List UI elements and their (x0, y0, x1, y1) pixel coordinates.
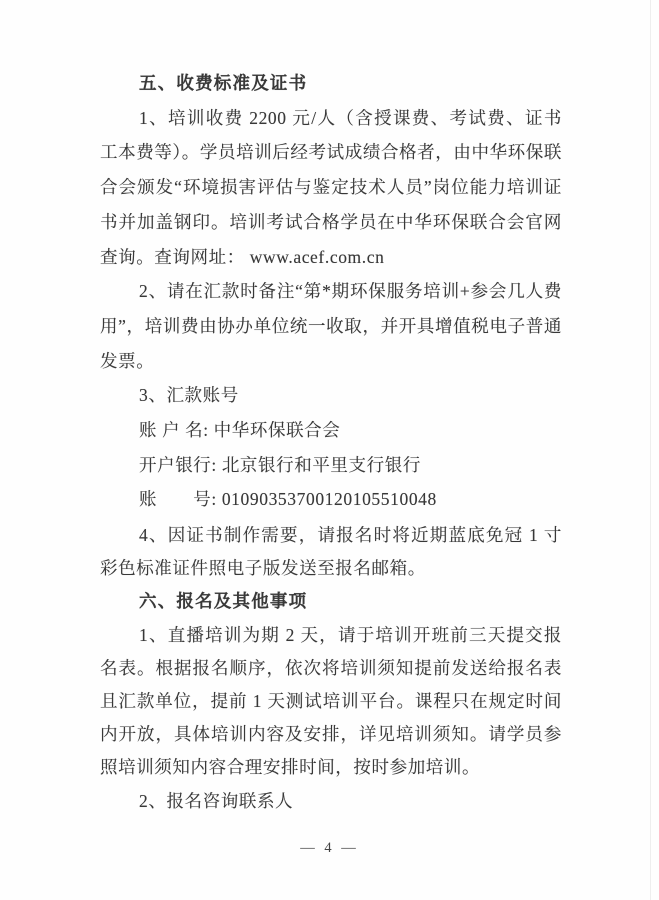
paragraph-remittance-note: 2、请在汇款时备注“第*期环保服务培训+参会几人费用”，培训费由协办单位统一收取… (100, 274, 562, 378)
page-number: — 4 — (0, 840, 659, 857)
paragraph-training-schedule: 1、直播培训为期 2 天，请于培训开班前三天提交报名表。根据报名顺序，依次将培训… (100, 619, 562, 785)
account-name-line: 账 户 名: 中华环保联合会 (100, 413, 562, 448)
paragraph-training-fee: 1、培训收费 2200 元/人（含授课费、考试费、证书工本费等）。学员培训后经考… (100, 101, 562, 275)
content-lower-block: 4、因证书制作需要，请报名时将近期蓝底免冠 1 寸彩色标准证件照电子版发送至报名… (100, 519, 562, 818)
paragraph-photo-requirement: 4、因证书制作需要，请报名时将近期蓝底免冠 1 寸彩色标准证件照电子版发送至报名… (100, 519, 562, 585)
paragraph-remittance-account-heading: 3、汇款账号 (100, 378, 562, 413)
account-number-line: 账 号: 01090353700120105510048 (100, 482, 562, 517)
bank-line: 开户银行: 北京银行和平里支行银行 (100, 448, 562, 483)
paragraph-contact-heading: 2、报名咨询联系人 (100, 785, 562, 818)
section-heading-registration: 六、报名及其他事项 (100, 585, 562, 618)
section-heading-fees-and-certificate: 五、收费标准及证书 (100, 66, 562, 101)
scan-edge-artifact (650, 0, 651, 900)
document-page: 五、收费标准及证书 1、培训收费 2200 元/人（含授课费、考试费、证书工本费… (0, 0, 659, 900)
content-upper-block: 五、收费标准及证书 1、培训收费 2200 元/人（含授课费、考试费、证书工本费… (100, 66, 562, 517)
